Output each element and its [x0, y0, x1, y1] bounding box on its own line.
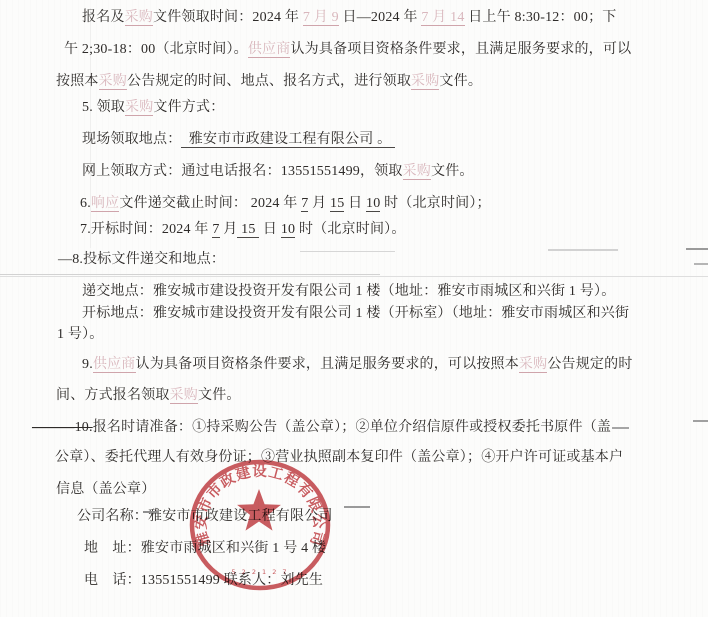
- seal-serial-number: 5 2 2 1 2 7: [231, 568, 288, 576]
- body-text: 按照本: [56, 74, 99, 89]
- text-line: 5. 领取采购文件方式：: [82, 98, 224, 118]
- body-text: —8.投标文件递交和地点：: [58, 252, 225, 267]
- star-icon: [237, 489, 281, 531]
- tracked-change-text: 供应商: [248, 42, 291, 58]
- body-text: 午 2;30-18：00（北京时间）。: [64, 42, 248, 57]
- body-text: 日: [259, 222, 281, 237]
- body-text: 7.开标时间：2024 年: [80, 222, 212, 237]
- scan-artifact-line: [612, 427, 629, 429]
- scan-artifact-line: [0, 274, 380, 275]
- body-text: 文件方式：: [153, 100, 224, 115]
- company-seal-stamp: 雅安市市政建设工程有限公司 5 2 2 1 2 7: [186, 455, 336, 595]
- underlined-value: 7: [212, 222, 219, 238]
- underlined-value: 雅安市市政建设工程有限公司 。: [181, 132, 395, 148]
- body-text: 日—2024 年: [339, 10, 422, 25]
- scan-artifact-line: [693, 420, 708, 422]
- tracked-change-text: 采购: [403, 164, 431, 180]
- body-text: 9.: [82, 357, 93, 372]
- body-text: 认为具备项目资格条件要求，且满足服务要求的，可以按照本: [136, 357, 519, 372]
- body-text: 报名时请准备：①持采购公告（盖公章）；②单位介绍信原件或授权委托书原件（盖: [93, 420, 611, 435]
- text-line: ———10.报名时请准备：①持采购公告（盖公章）；②单位介绍信原件或授权委托书原…: [32, 418, 611, 438]
- body-text: 公章）、委托代理人有效身份证；③营业执照副本复印件（盖公章）；④开户许可证或基本…: [55, 450, 623, 465]
- tracked-change-text: 7 月 9: [303, 10, 339, 26]
- text-line: 开标地点：雅安城市建设投资开发有限公司 1 楼（开标室）（地址：雅安市雨城区和兴…: [82, 304, 629, 324]
- body-text: 公告规定的时: [547, 357, 632, 372]
- scan-artifact-line: [344, 506, 370, 508]
- body-text: 认为具备项目资格条件要求，且满足服务要求的，可以: [290, 42, 631, 57]
- body-text: 间、方式报名领取: [56, 388, 170, 403]
- tracked-change-text: 采购: [99, 74, 127, 90]
- text-line: 按照本采购公告规定的时间、地点、报名方式，进行领取采购文件。: [56, 72, 482, 92]
- tracked-change-text: 7 月 14: [421, 10, 464, 26]
- tracked-change-text: 采购: [125, 100, 153, 116]
- body-text: 现场领取地点：: [82, 132, 181, 147]
- body-text: 公告规定的时间、地点、报名方式，进行领取: [127, 74, 411, 89]
- text-line: 网上领取方式：通过电话报名：13551551499，领取采购文件。: [82, 162, 474, 182]
- body-text: 信息（盖公章）: [56, 482, 155, 497]
- text-line: 公章）、委托代理人有效身份证；③营业执照副本复印件（盖公章）；④开户许可证或基本…: [55, 448, 623, 468]
- tracked-change-text: 供应商: [93, 357, 136, 373]
- body-text: 日: [344, 196, 366, 211]
- tracked-change-text: 采购: [411, 74, 439, 90]
- body-text: 日上午 8:30-12：00；下: [465, 10, 617, 25]
- scan-artifact-line: [694, 263, 708, 265]
- text-line: 9.供应商认为具备项目资格条件要求，且满足服务要求的，可以按照本采购公告规定的时: [82, 355, 633, 375]
- body-text: 文件。: [439, 74, 482, 89]
- tracked-change-text: 采购: [170, 388, 198, 404]
- underlined-value: 15: [330, 196, 344, 212]
- text-line: 现场领取地点： 雅安市市政建设工程有限公司 。: [82, 130, 395, 150]
- text-line: —8.投标文件递交和地点：: [58, 250, 225, 270]
- tracked-change-text: 采购: [519, 357, 547, 373]
- scan-artifact-line: [0, 276, 708, 277]
- tracked-change-text: 响应: [91, 196, 119, 212]
- body-text: 文件领取时间：2024 年: [153, 10, 303, 25]
- body-text: 月: [308, 196, 330, 211]
- struck-text: ———10.: [32, 420, 93, 435]
- body-text: 文件递交截止时间： 2024 年: [119, 196, 301, 211]
- text-line: 午 2;30-18：00（北京时间）。供应商认为具备项目资格条件要求，且满足服务…: [64, 40, 631, 60]
- scan-artifact-line: [143, 511, 158, 513]
- body-text: 1 号）。: [57, 327, 104, 342]
- text-line: 6.响应文件递交截止时间： 2024 年 7 月 15 日 10 时（北京时间）…: [80, 194, 491, 214]
- body-text: 报名及: [82, 10, 125, 25]
- body-text: 5. 领取: [82, 100, 125, 115]
- underlined-value: 10: [281, 222, 295, 238]
- scanned-document-page: 报名及采购文件领取时间：2024 年 7 月 9 日—2024 年 7 月 14…: [0, 0, 708, 617]
- underlined-value: 15: [237, 222, 259, 238]
- text-line: 间、方式报名领取采购文件。: [56, 386, 241, 406]
- text-line: 递交地点：雅安城市建设投资开发有限公司 1 楼（地址：雅安市雨城区和兴街 1 号…: [82, 282, 615, 302]
- body-text: 时（北京时间）；: [380, 196, 490, 211]
- text-line: 7.开标时间：2024 年 7 月 15 日 10 时（北京时间）。: [80, 220, 406, 240]
- scan-artifact-line: [300, 251, 395, 252]
- body-text: 递交地点：雅安城市建设投资开发有限公司 1 楼（地址：雅安市雨城区和兴街 1 号…: [82, 284, 615, 299]
- tracked-change-text: 采购: [125, 10, 153, 26]
- text-line: 1 号）。: [57, 325, 104, 345]
- body-text: 时（北京时间）。: [295, 222, 405, 237]
- text-line: 信息（盖公章）: [56, 480, 155, 500]
- body-text: 网上领取方式：通过电话报名：13551551499，领取: [82, 164, 403, 179]
- scan-artifact-line: [90, 8, 91, 248]
- body-text: 月: [220, 222, 238, 237]
- underlined-value: 10: [366, 196, 380, 212]
- text-line: 报名及采购文件领取时间：2024 年 7 月 9 日—2024 年 7 月 14…: [82, 8, 616, 28]
- scan-artifact-line: [686, 248, 708, 250]
- body-text: 文件。: [431, 164, 474, 179]
- scan-artifact-line: [548, 249, 618, 251]
- body-text: 文件。: [198, 388, 241, 403]
- body-text: 开标地点：雅安城市建设投资开发有限公司 1 楼（开标室）（地址：雅安市雨城区和兴…: [82, 306, 629, 321]
